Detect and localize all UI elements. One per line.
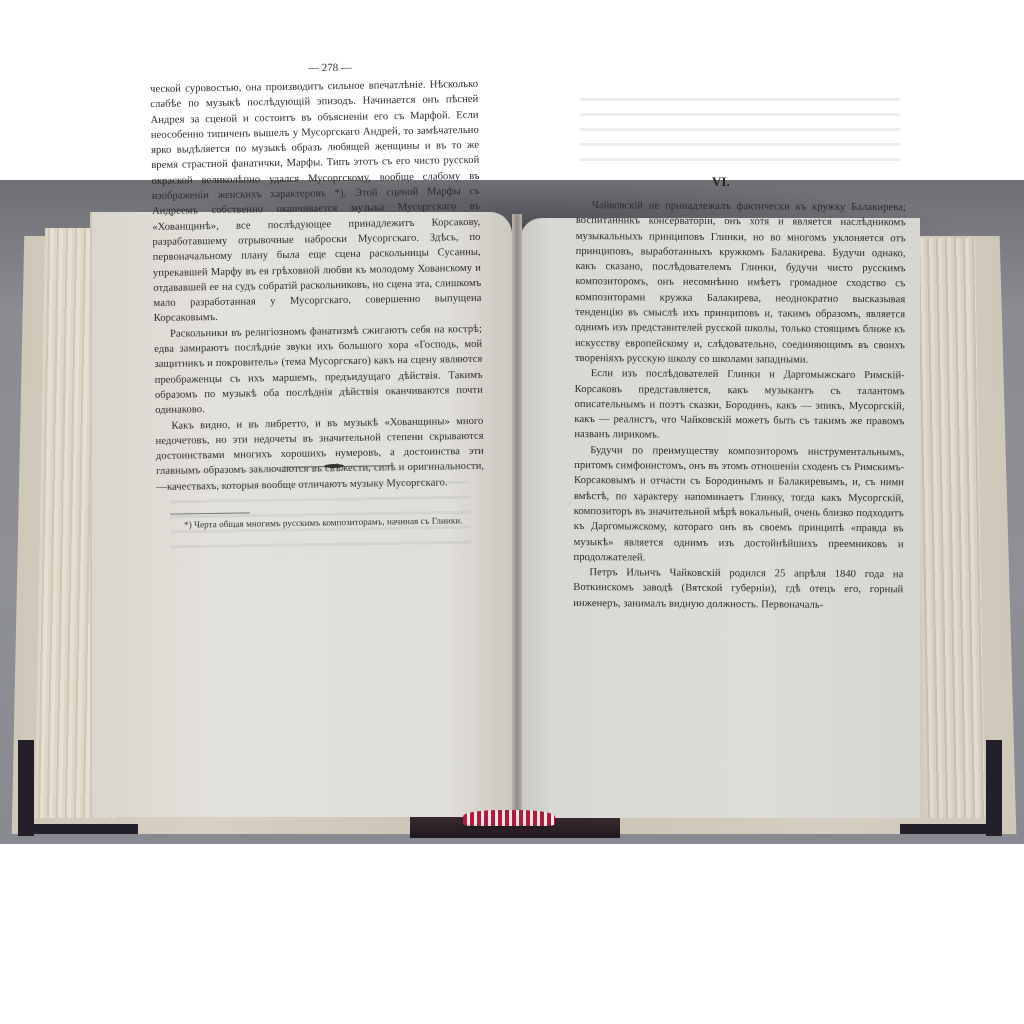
paragraph: ческой суровостью, она производитъ сильн…: [150, 77, 482, 327]
cover-corner-bottom-left: [18, 740, 34, 836]
book-gutter: [512, 214, 522, 819]
bleed-through-text: [580, 98, 900, 168]
cover-corner-bottom-left-edge: [18, 824, 138, 834]
paragraph: Если изъ послѣдователей Глинки и Даргомы…: [574, 366, 905, 445]
bookmark-ribbon: [463, 810, 555, 826]
cover-corner-bottom-right: [986, 740, 1002, 836]
left-page-text: ческой суровостью, она производитъ сильн…: [150, 77, 484, 495]
paragraph: Раскольники въ религіозномъ фанатизмѣ сж…: [154, 322, 483, 419]
paragraph: Петръ Ильичъ Чайковскій родился 25 апрѣл…: [573, 565, 903, 613]
right-page-block-edge: [915, 238, 985, 818]
paragraph: Чайковскій не принадлежалъ фактически къ…: [575, 198, 906, 369]
chapter-heading: VI.: [712, 174, 730, 190]
cover-corner-bottom-right-edge: [900, 824, 1000, 834]
page-number: — 278 —: [308, 62, 352, 75]
paragraph: Будучи по преимуществу композиторомъ инс…: [573, 443, 904, 568]
right-page-text: Чайковскій не принадлежалъ фактически къ…: [573, 198, 906, 613]
